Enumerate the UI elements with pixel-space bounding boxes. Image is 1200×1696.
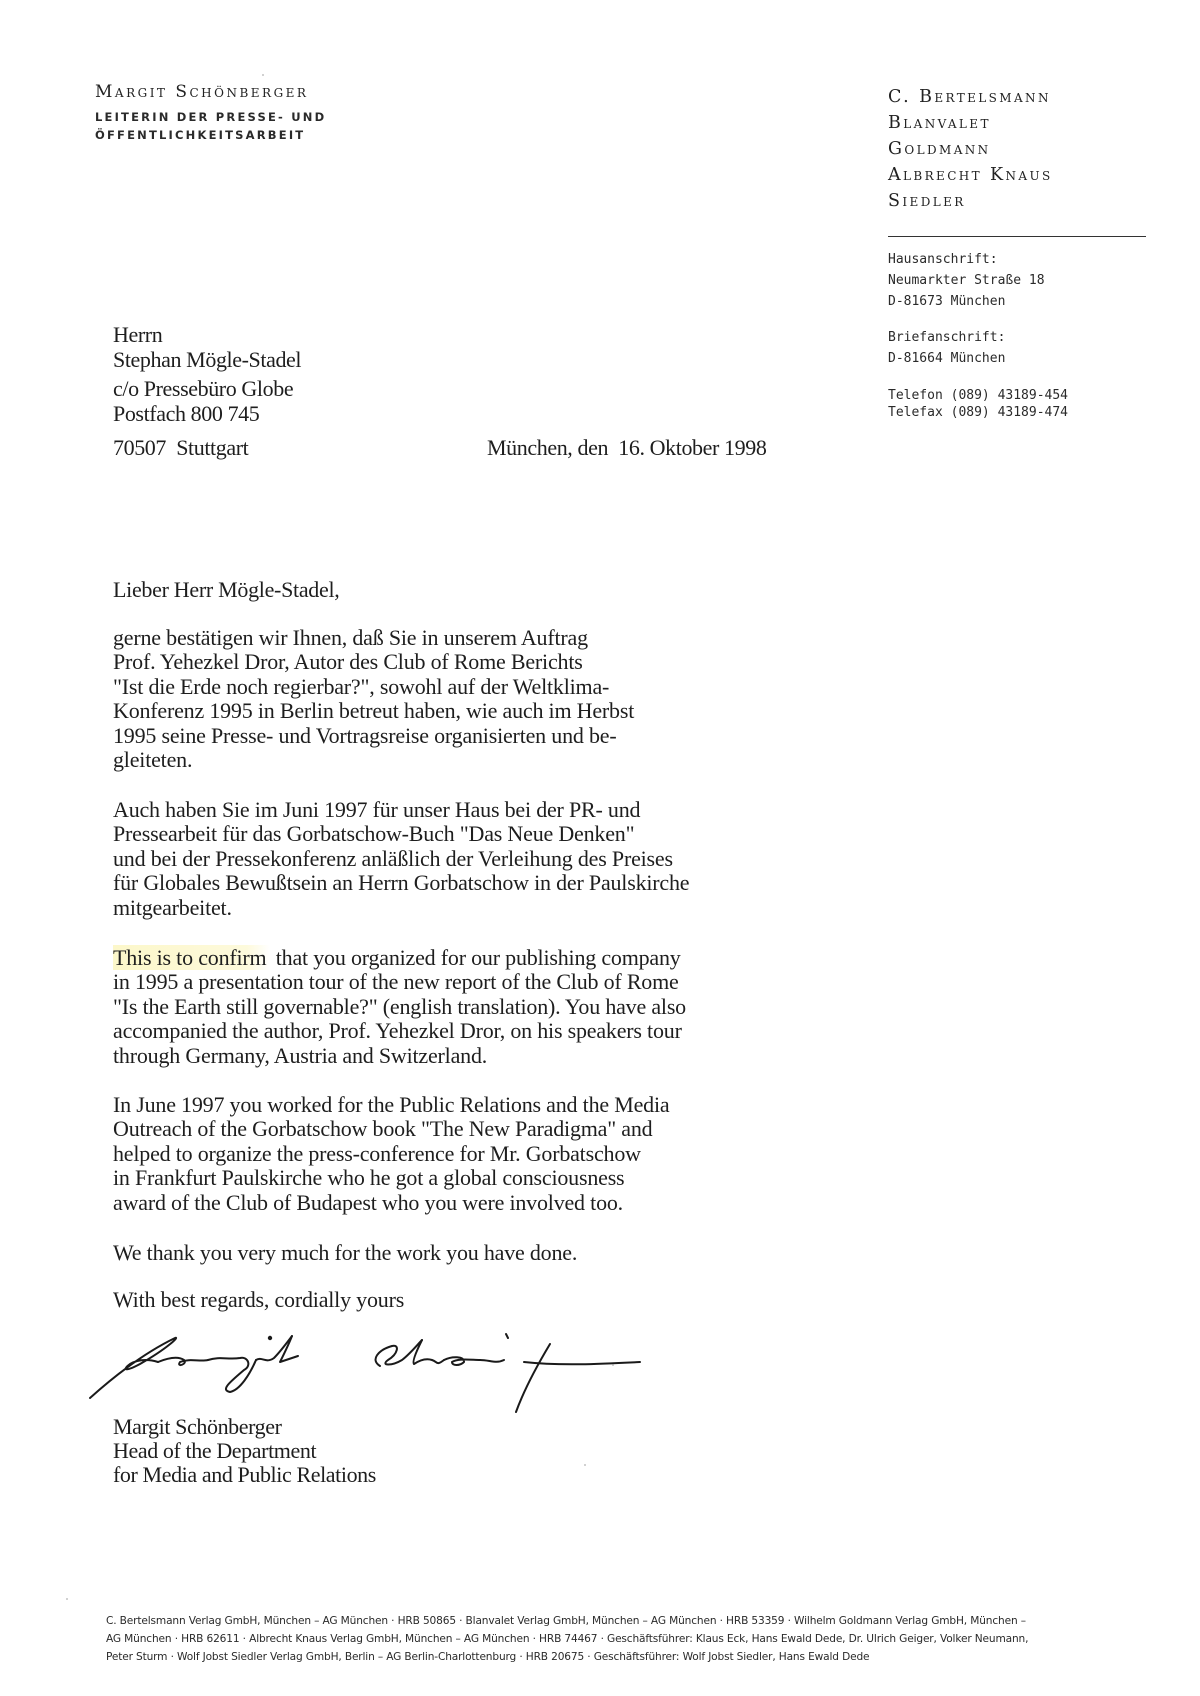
postal-address: Briefanschrift: D-81664 München [888, 327, 1005, 369]
recipient-city: 70507 Stuttgart [113, 435, 248, 461]
paragraph-line: mitgearbeitet. [113, 896, 833, 920]
paragraph-line: Auch haben Sie im Juni 1997 für unser Ha… [113, 798, 833, 822]
publisher-name: Albrecht Knaus [888, 162, 1053, 188]
paragraph-line: für Globales Bewußtsein an Herrn Gorbats… [113, 871, 833, 895]
salutation: Lieber Herr Mögle-Stadel, [113, 577, 339, 603]
fax-number: Telefax (089) 43189-474 [888, 404, 1068, 421]
scan-speck [584, 1464, 586, 1466]
house-address-label: Hausanschrift: [888, 249, 1045, 270]
header-divider [888, 236, 1146, 237]
signer-name: Margit Schönberger [113, 1415, 376, 1439]
paragraph-line: Konferenz 1995 in Berlin betreut haben, … [113, 699, 833, 723]
paragraph-line: through Germany, Austria and Switzerland… [113, 1044, 833, 1068]
paragraph-line: 1995 seine Presse- und Vortragsreise org… [113, 724, 833, 748]
handwritten-signature [80, 1330, 660, 1420]
phone-fax: Telefon (089) 43189-454 Telefax (089) 43… [888, 387, 1068, 421]
paragraph-line: In June 1997 you worked for the Public R… [113, 1093, 833, 1117]
legal-footer: C. Bertelsmann Verlag GmbH, München – AG… [106, 1612, 1116, 1666]
footer-line: AG München · HRB 62611 · Albrecht Knaus … [106, 1630, 1116, 1648]
house-address-line: Neumarkter Straße 18 [888, 270, 1045, 291]
scan-speck [612, 1364, 614, 1366]
paragraph-line: award of the Club of Budapest who you we… [113, 1191, 833, 1215]
scan-speck [66, 1598, 68, 1600]
paragraph-line: in Frankfurt Paulskirche who he got a gl… [113, 1166, 833, 1190]
footer-line: C. Bertelsmann Verlag GmbH, München – AG… [106, 1612, 1116, 1630]
sender-role-line: ÖFFENTLICHKEITSARBEIT [95, 126, 326, 144]
footer-line: Peter Sturm · Wolf Jobst Siedler Verlag … [106, 1648, 1116, 1666]
paragraph-line: Outreach of the Gorbatschow book "The Ne… [113, 1117, 833, 1141]
phone-number: Telefon (089) 43189-454 [888, 387, 1068, 404]
house-address: Hausanschrift: Neumarkter Straße 18 D-81… [888, 249, 1045, 312]
thanks-line: We thank you very much for the work you … [113, 1240, 577, 1266]
paragraph-4: In June 1997 you worked for the Public R… [113, 1093, 833, 1215]
paragraph-1: gerne bestätigen wir Ihnen, daß Sie in u… [113, 626, 833, 772]
paragraph-line: accompanied the author, Prof. Yehezkel D… [113, 1019, 833, 1043]
paragraph-line: Pressearbeit für das Gorbatschow-Buch "D… [113, 822, 833, 846]
paragraph-line: Prof. Yehezkel Dror, Autor des Club of R… [113, 650, 833, 674]
paragraph-line: und bei der Pressekonferenz anläßlich de… [113, 847, 833, 871]
paragraph-line: "Ist die Erde noch regierbar?", sowohl a… [113, 675, 833, 699]
publisher-name: Blanvalet [888, 110, 1053, 136]
postal-address-line: D-81664 München [888, 348, 1005, 369]
paragraph-3: This is to confirm that you organized fo… [113, 946, 833, 1068]
recipient-po-box: Postfach 800 745 [113, 401, 301, 426]
publisher-name: Siedler [888, 188, 1053, 214]
publisher-name: C. Bertelsmann [888, 84, 1053, 110]
sender-name: Margit Schönberger [95, 82, 308, 102]
signature-block: Margit Schönberger Head of the Departmen… [113, 1415, 376, 1487]
paragraph-line: This is to confirm that you organized fo… [113, 946, 833, 970]
recipient-address: Herrn Stephan Mögle-Stadel c/o Pressebür… [113, 322, 301, 426]
paragraph-line: "Is the Earth still governable?" (englis… [113, 995, 833, 1019]
paragraph-line: gleiteten. [113, 748, 833, 772]
recipient-name: Stephan Mögle-Stadel [113, 347, 301, 372]
closing-line: With best regards, cordially yours [113, 1287, 404, 1313]
publisher-name: Goldmann [888, 136, 1053, 162]
paragraph-line: in 1995 a presentation tour of the new r… [113, 970, 833, 994]
house-address-line: D-81673 München [888, 291, 1045, 312]
signer-title: Head of the Department [113, 1439, 376, 1463]
sender-role-line: LEITERIN DER PRESSE- UND [95, 108, 326, 126]
recipient-care-of: c/o Pressebüro Globe [113, 376, 301, 401]
paragraph-line: helped to organize the press-conference … [113, 1142, 833, 1166]
highlighted-text: This is to confirm [113, 945, 270, 970]
signer-title: for Media and Public Relations [113, 1463, 376, 1487]
postal-address-label: Briefanschrift: [888, 327, 1005, 348]
publisher-list: C. Bertelsmann Blanvalet Goldmann Albrec… [888, 84, 1053, 214]
recipient-salutation: Herrn [113, 322, 301, 347]
paragraph-2: Auch haben Sie im Juni 1997 für unser Ha… [113, 798, 833, 920]
sender-role: LEITERIN DER PRESSE- UND ÖFFENTLICHKEITS… [95, 108, 326, 144]
scan-speck [262, 74, 264, 76]
paragraph-line: gerne bestätigen wir Ihnen, daß Sie in u… [113, 626, 833, 650]
letter-date: München, den 16. Oktober 1998 [487, 435, 766, 461]
